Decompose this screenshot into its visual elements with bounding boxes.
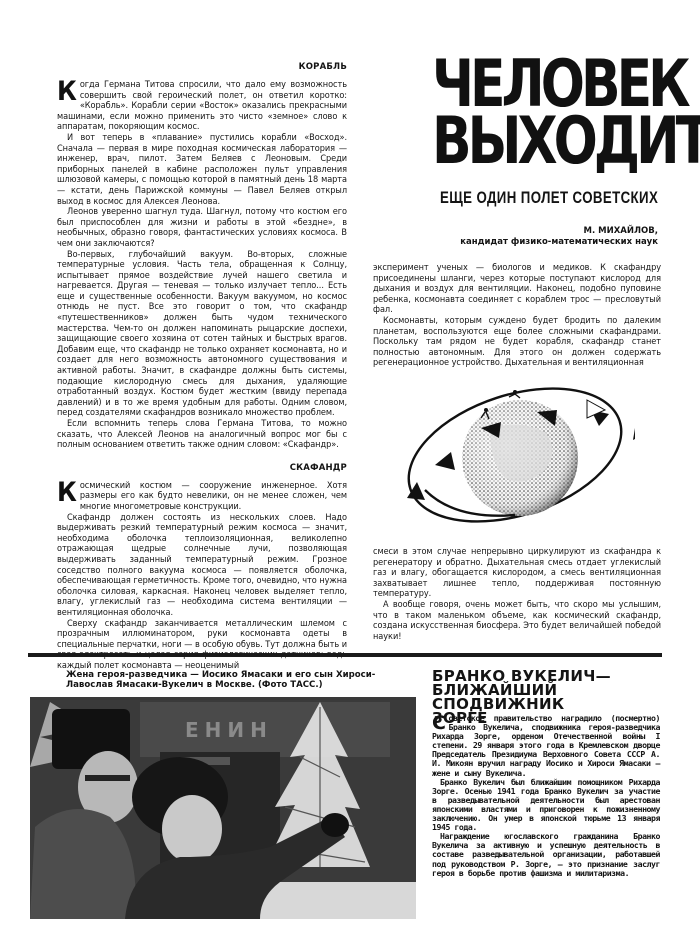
section-body-korabl: Когда Германа Титова спросили, что дало …: [57, 80, 347, 451]
section-heading-korabl: КОРАБЛЬ: [57, 62, 347, 72]
photo-caption: Жена героя-разведчика — Иосико Ямасаки и…: [66, 671, 401, 690]
paragraph: Скафандр должен состоять из нескольких с…: [57, 513, 347, 619]
side-headline-line-2: БЛИЖАЙШИЙ СПОДВИЖНИК: [432, 683, 672, 711]
paragraph: Леонов уверенно шагнул туда. Шагнул, пот…: [57, 207, 347, 249]
paragraph: смеси в этом случае непрерывно циркулиру…: [373, 547, 661, 600]
author-name: М. МИХАЙЛОВ,: [420, 226, 658, 237]
section-divider: [28, 653, 662, 657]
section-heading-skafandr: СКАФАНДР: [57, 463, 347, 473]
dropcap: К: [57, 81, 77, 103]
paragraph: Советское правительство наградило (посме…: [432, 714, 660, 778]
paragraph: Сверху скафандр заканчивается металличес…: [57, 619, 347, 672]
side-story-body: Советское правительство наградило (посме…: [432, 714, 660, 878]
dropcap: К: [57, 482, 77, 504]
paragraph: Если вспомнить теперь слова Германа Тито…: [57, 419, 347, 451]
left-column: КОРАБЛЬ Когда Германа Титова спросили, ч…: [57, 62, 347, 671]
author-byline: М. МИХАЙЛОВ, кандидат физико-математичес…: [420, 226, 658, 248]
globe-orbit-icon: [395, 370, 635, 530]
paragraph: Космонавты, которым суждено будет бродит…: [373, 316, 661, 369]
mausoleum-lettering: ЕНИН: [185, 718, 273, 742]
paragraph: Бранко Вукелич был ближайшим помощником …: [432, 778, 660, 833]
paragraph: Во-первых, глубочайший вакуум. Во-вторых…: [57, 250, 347, 420]
photo-image: ЕНИН: [30, 697, 416, 919]
paragraph: Награждение югославского гражданина Бран…: [432, 832, 660, 877]
paragraph: Когда Германа Титова спросили, что дало …: [57, 80, 347, 133]
dropcap: С: [432, 715, 446, 731]
news-photo: ЕНИН: [30, 697, 416, 919]
right-column-bottom: смеси в этом случае непрерывно циркулиру…: [373, 547, 661, 642]
globe-orbit-illustration: [395, 370, 635, 530]
headline-line-2: ВЫХОДИТ...: [432, 114, 700, 169]
author-title: кандидат физико-математических наук: [420, 237, 658, 248]
paragraph: А вообще говоря, очень может быть, что с…: [373, 600, 661, 642]
paragraph: И вот теперь в «плавание» пустились кора…: [57, 133, 347, 207]
section-body-skafandr: Космический костюм — сооружение инженерн…: [57, 481, 347, 672]
paragraph: эксперимент ученых — биологов и медиков.…: [373, 263, 661, 316]
subheadline: ЕЩЕ ОДИН ПОЛЕТ СОВЕТСКИХ: [440, 188, 658, 208]
right-column-top: эксперимент ученых — биологов и медиков.…: [373, 263, 661, 369]
paragraph: Космический костюм — сооружение инженерн…: [57, 481, 347, 513]
